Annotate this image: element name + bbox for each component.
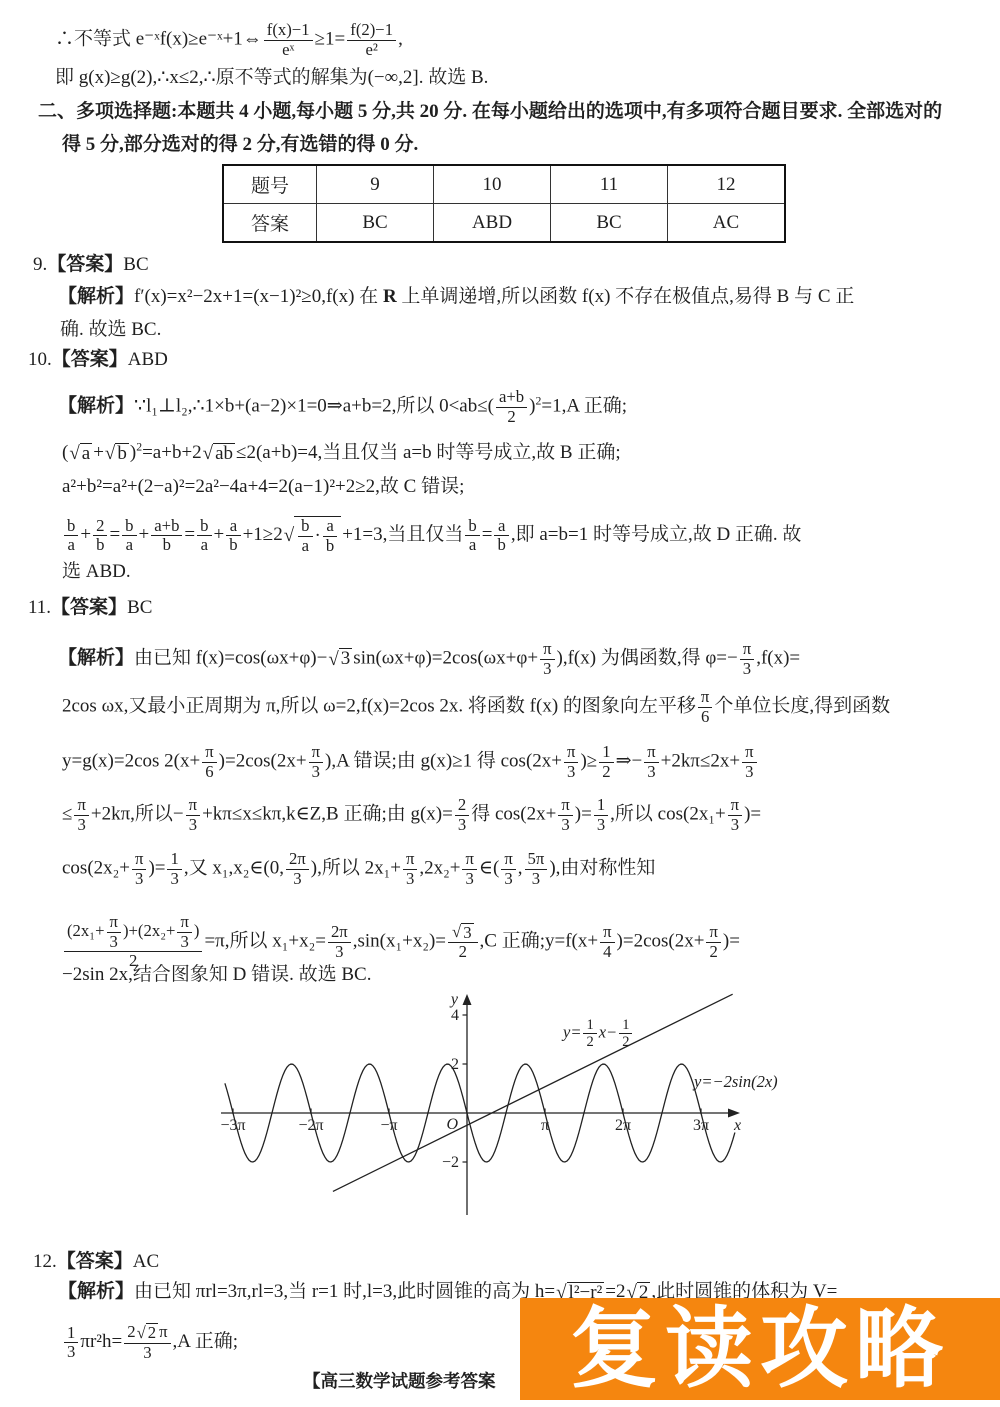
answer-line: 9.【答案】BC	[33, 253, 149, 277]
answer-line: 11.【答案】BC	[28, 596, 152, 620]
section-heading: 二、多项选择题:本题共 4 小题,每小题 5 分,共 20 分. 在每小题给出的…	[38, 100, 942, 124]
line-equation-label: y=12x−12	[563, 1017, 634, 1051]
svg-text:−2: −2	[442, 1154, 459, 1171]
solution-line: 【解析】∵l₁⊥l₂,∴1×b+(a−2)×1=0⇒a+b=2,所以 0<ab≤…	[58, 388, 627, 426]
svg-text:x: x	[733, 1117, 741, 1134]
svg-text:−3π: −3π	[220, 1117, 245, 1134]
function-graph: −3π−2π−ππ2π3π42−2Oxy	[185, 993, 750, 1233]
table-cell: AC	[668, 204, 786, 243]
solution-line: y=g(x)=2cos 2(x+π6)=2cos(2x+π3),A 错误;由 g…	[62, 743, 759, 781]
answer-line: 12.【答案】AC	[33, 1250, 159, 1274]
solution-line: cos(2x₂+π3)=13,又 x₁,x₂∈(0,2π3),所以 2x₁+π3…	[62, 850, 655, 888]
svg-text:2: 2	[451, 1056, 459, 1073]
table-cell: 10	[434, 165, 551, 204]
promo-banner-label: 复读攻略	[570, 1305, 950, 1393]
table-cell: BC	[317, 204, 434, 243]
table-cell: 9	[317, 165, 434, 204]
table-cell: 答案	[223, 204, 317, 243]
solution-line: −2sin 2x,结合图象知 D 错误. 故选 BC.	[62, 963, 371, 987]
table-cell: 11	[551, 165, 668, 204]
solution-line: 【解析】f′(x)=x²−2x+1=(x−1)²≥0,f(x) 在 R 上单调递…	[58, 285, 854, 309]
svg-text:−2π: −2π	[298, 1117, 323, 1134]
table-cell: 12	[668, 165, 786, 204]
answer-table: 题号 9 10 11 12 答案 BC ABD BC AC	[222, 164, 786, 243]
svg-text:2π: 2π	[615, 1117, 631, 1134]
page-footer: 【高三数学试题参考答案	[303, 1369, 496, 1393]
solution-line: 13πr²h=2√2π3,A 正确;	[62, 1323, 238, 1363]
solution-line: ba+2b=ba+a+bb=ba+ab+1≥2√ba·ab+1=3,当且仅当ba…	[62, 516, 801, 555]
solution-line: 选 ABD.	[62, 560, 131, 584]
solution-line: 即 g(x)≥g(2),∴x≤2,∴原不等式的解集为(−∞,2]. 故选 B.	[55, 66, 488, 90]
solution-line: (√a+√b)2=a+b+2√ab≤2(a+b)=4,当且仅当 a=b 时等号成…	[62, 441, 621, 465]
svg-text:3π: 3π	[693, 1117, 709, 1134]
document-page: ∴不等式 e⁻ˣf(x)≥e⁻ˣ+1⇔f(x)−1eˣ≥1=f(2)−1e², …	[0, 0, 1000, 1407]
curve-equation-label: y=−2sin(2x)	[694, 1071, 778, 1093]
solution-line: 2cos ωx,又最小正周期为 π,所以 ω=2,f(x)=2cos 2x. 将…	[62, 688, 890, 726]
solution-line: ∴不等式 e⁻ˣf(x)≥e⁻ˣ+1⇔f(x)−1eˣ≥1=f(2)−1e²,	[55, 21, 403, 59]
table-cell: BC	[551, 204, 668, 243]
table-row: 题号 9 10 11 12	[223, 165, 785, 204]
table-row: 答案 BC ABD BC AC	[223, 204, 785, 243]
svg-text:−π: −π	[380, 1117, 397, 1134]
svg-text:4: 4	[451, 1007, 459, 1024]
answer-line: 10.【答案】ABD	[28, 348, 168, 372]
promo-banner: 复读攻略	[520, 1298, 1000, 1400]
table-cell: ABD	[434, 204, 551, 243]
section-heading: 得 5 分,部分选对的得 2 分,有选错的得 0 分.	[62, 133, 418, 157]
solution-line: a²+b²=a²+(2−a)²=2a²−4a+4=2(a−1)²+2≥2,故 C…	[62, 475, 464, 499]
svg-text:y: y	[449, 993, 459, 1008]
solution-line: 确. 故选 BC.	[60, 318, 161, 342]
solution-line: ≤π3+2kπ,所以−π3+kπ≤x≤kπ,k∈Z,B 正确;由 g(x)=23…	[62, 796, 761, 834]
table-cell: 题号	[223, 165, 317, 204]
solution-line: 【解析】由已知 f(x)=cos(ωx+φ)−√3sin(ωx+φ)=2cos(…	[58, 640, 800, 678]
